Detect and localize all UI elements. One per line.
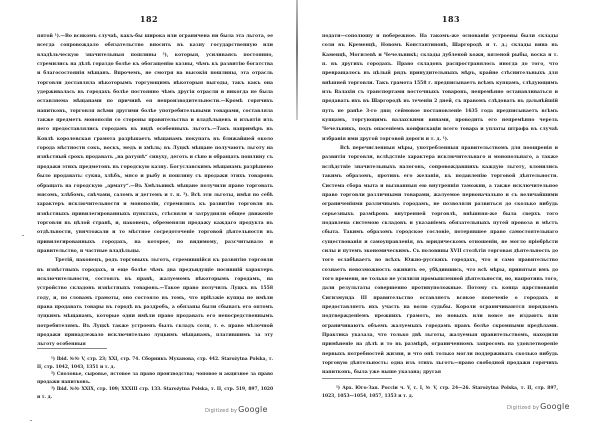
page-number: 182 [0, 14, 298, 24]
footnote: ²) Споловье, сыровье, ястовое за право п… [37, 371, 273, 386]
footnote-divider [37, 348, 107, 349]
google-watermark: Digitized byGoogle [507, 402, 570, 411]
footnotes: ¹) Арх. Юго-Зап. Россіи ч. V, т. I, № V,… [322, 385, 558, 400]
page-number: 183 [302, 14, 600, 24]
watermark-text: Google [238, 405, 267, 414]
paragraph: Всѣ перечисленныя мѣры, употребленныя пр… [322, 144, 558, 378]
footnote: ³) Ibid. №№ XXIX, стр. 109; XXXIII стр. … [37, 386, 273, 401]
paragraph: подати—сополюшу и побережное. На такомъ-… [322, 32, 558, 144]
body-text: пятой ¹).—Во всякомъ случаѣ, какъ-бы шир… [37, 32, 273, 350]
scan-speck [22, 235, 24, 236]
footnote: ¹) Ibid. №№ V, стр. 23; XXI, стр. 74. Сб… [37, 356, 273, 371]
watermark-prefix: Digitized by [205, 408, 237, 414]
right-page: 183 подати—сополюшу и побережное. На так… [302, 0, 600, 430]
scan-speck [30, 420, 32, 421]
paragraph: Третій, наконецъ, родъ торговыхъ льготъ,… [37, 256, 273, 349]
watermark-text: Google [540, 402, 569, 411]
watermark-prefix: Digitized by [507, 405, 539, 411]
paragraph: пятой ¹).—Во всякомъ случаѣ, какъ-бы шир… [37, 32, 273, 256]
google-watermark: Digitized byGoogle [205, 405, 268, 414]
footnotes: ¹) Ibid. №№ V, стр. 23; XXI, стр. 74. Сб… [37, 356, 273, 402]
footnote-divider [322, 378, 392, 379]
book-spread: 182 пятой ¹).—Во всякомъ случаѣ, какъ-бы… [0, 0, 600, 430]
body-text: подати—сополюшу и побережное. На такомъ-… [322, 32, 558, 378]
footnote: ¹) Арх. Юго-Зап. Россіи ч. V, т. I, № V,… [322, 385, 558, 400]
left-page: 182 пятой ¹).—Во всякомъ случаѣ, какъ-бы… [0, 0, 298, 430]
